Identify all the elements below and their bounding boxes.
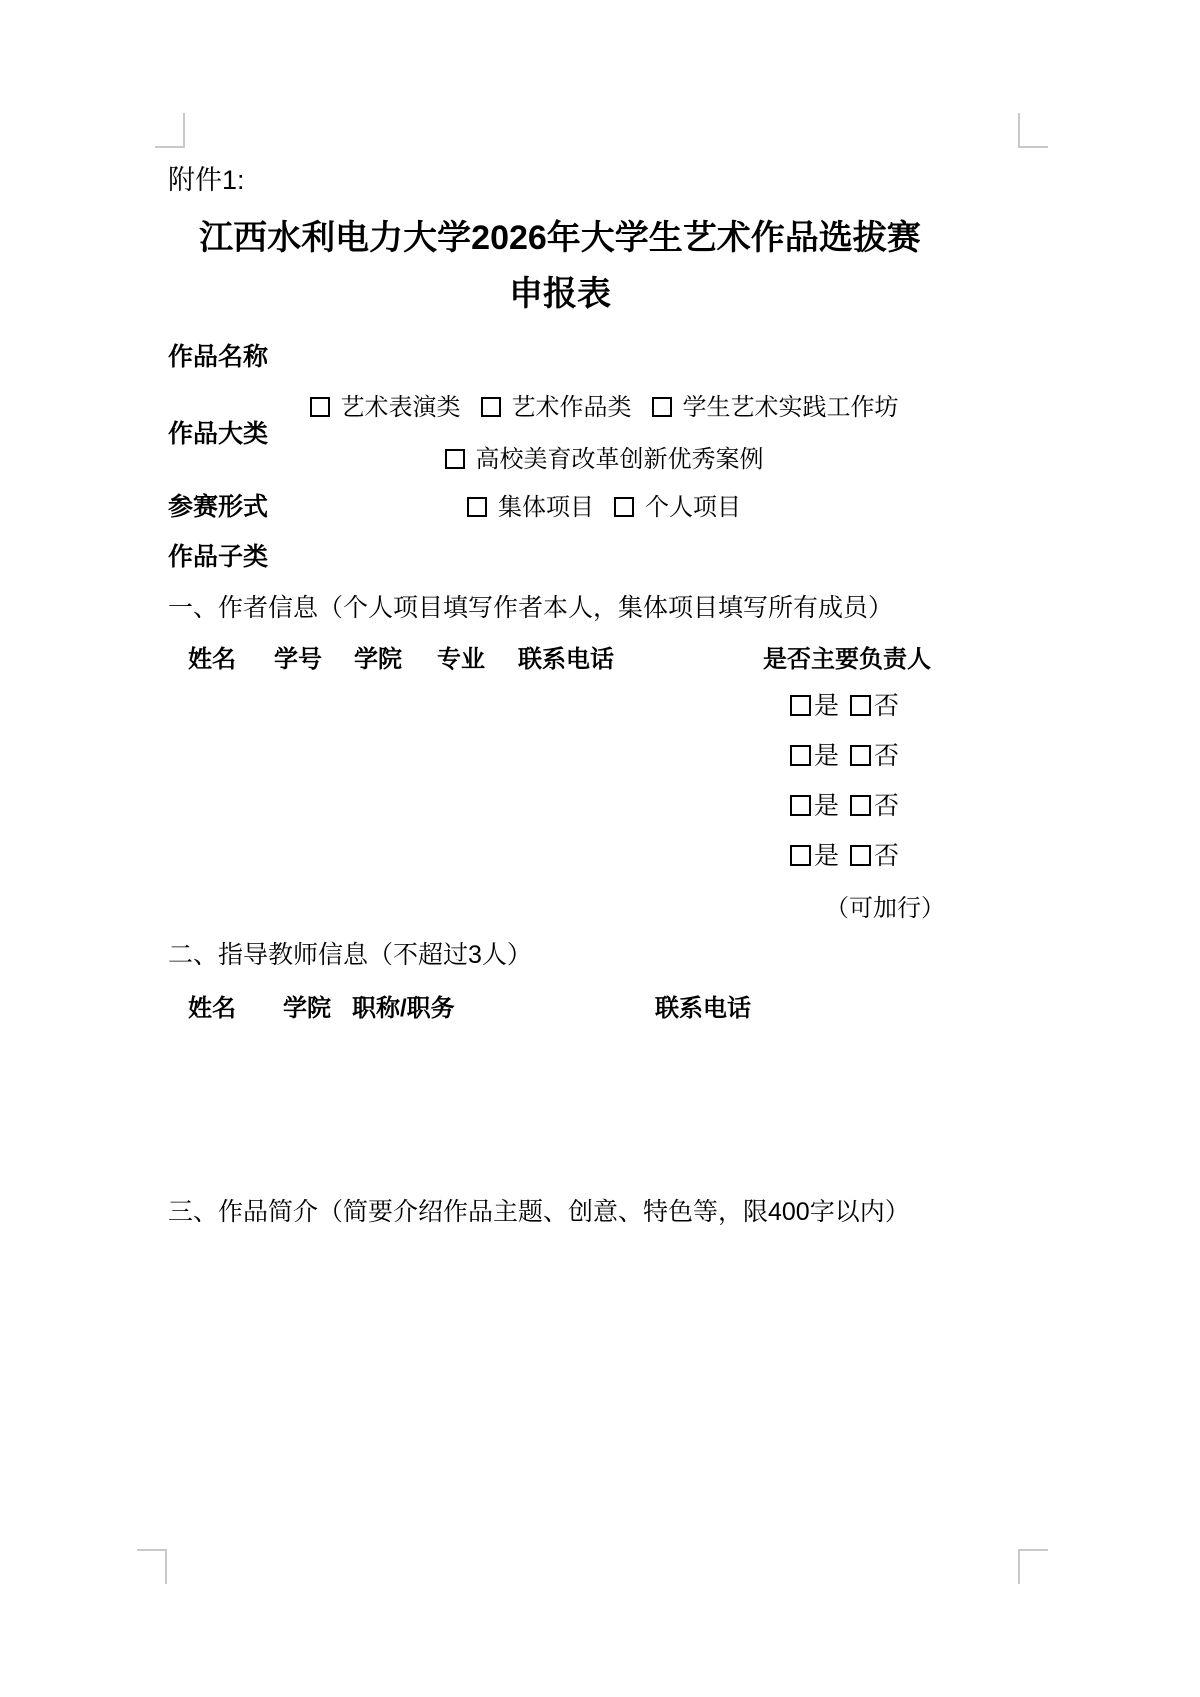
checkbox-icon[interactable] [445,449,465,469]
checkbox-icon[interactable] [467,497,487,517]
author-row2-leader-choice: 是否 [790,736,910,772]
checkbox-icon[interactable] [310,397,330,417]
category-option-label: 艺术表演类 [341,394,461,421]
entry-form-label: 参赛形式 [168,487,268,523]
yes-label: 是 [814,742,839,770]
checkbox-icon[interactable] [790,695,811,716]
attachment-label: 附件1: [168,158,245,197]
authors-header-phone: 联系电话 [518,639,614,674]
checkbox-icon[interactable] [850,845,871,866]
rows-may-be-added-note: （可加行） [800,888,945,923]
no-choice: 否 [850,842,899,870]
no-label: 否 [874,792,899,820]
no-label: 否 [874,692,899,720]
author-row1-leader-choice: 是否 [790,686,910,722]
yes-choice: 是 [790,742,839,770]
category-label: 作品大类 [168,414,268,450]
intro-section-heading: 三、作品简介（简要介绍作品主题、创意、特色等，限400字以内） [168,1192,910,1228]
entry-form-option-group: 集体项目 [467,494,594,521]
yes-choice: 是 [790,792,839,820]
authors-section-heading: 一、作者信息（个人项目填写作者本人，集体项目填写所有成员） [168,588,893,624]
yes-label: 是 [814,792,839,820]
category-option-label: 高校美育改革创新优秀案例 [476,446,764,473]
category-options-row2: 高校美育改革创新优秀案例 [270,439,938,474]
checkbox-icon[interactable] [850,795,871,816]
category-option-artwork: 艺术作品类 [481,394,632,421]
checkbox-icon[interactable] [481,397,501,417]
yes-label: 是 [814,842,839,870]
category-options-row1: 艺术表演类艺术作品类学生艺术实践工作坊 [270,387,938,422]
yes-choice: 是 [790,692,839,720]
checkbox-icon[interactable] [652,397,672,417]
crop-mark-top-right-icon [1018,113,1048,148]
entry-form-option-label: 集体项目 [498,494,594,521]
checkbox-icon[interactable] [850,695,871,716]
entry-form-options: 集体项目个人项目 [270,487,938,522]
no-choice: 否 [850,792,899,820]
yes-label: 是 [814,692,839,720]
no-choice: 否 [850,742,899,770]
crop-mark-bottom-right-icon [1018,1549,1048,1584]
no-choice: 否 [850,692,899,720]
teachers-header-phone: 联系电话 [655,988,751,1023]
author-row3-leader-choice: 是否 [790,786,910,822]
yes-choice: 是 [790,842,839,870]
teachers-header-name: 姓名 [188,988,236,1023]
crop-mark-top-left-icon [155,113,185,148]
authors-header-major: 专业 [437,639,485,674]
authors-header-name: 姓名 [188,639,236,674]
category-option-aesthetic-case: 高校美育改革创新优秀案例 [445,446,764,473]
document-title-line1: 江西水利电力大学2026年大学生艺术作品选拔赛 [150,210,970,259]
authors-header-is-leader: 是否主要负责人 [763,639,931,674]
category-option-label: 艺术作品类 [512,394,632,421]
no-label: 否 [874,842,899,870]
work-name-label: 作品名称 [168,337,268,373]
category-option-workshop: 学生艺术实践工作坊 [652,394,899,421]
subcategory-label: 作品子类 [168,537,268,573]
entry-form-option-label: 个人项目 [645,494,741,521]
checkbox-icon[interactable] [850,745,871,766]
category-option-performance: 艺术表演类 [310,394,461,421]
author-row4-leader-choice: 是否 [790,836,910,872]
checkbox-icon[interactable] [790,745,811,766]
checkbox-icon[interactable] [614,497,634,517]
authors-header-student-id: 学号 [274,639,322,674]
checkbox-icon[interactable] [790,795,811,816]
teachers-header-title-position: 职称/职务 [352,988,455,1023]
application-form-page: 附件1: 江西水利电力大学2026年大学生艺术作品选拔赛 申报表 作品名称 作品… [0,0,1200,1697]
category-option-label: 学生艺术实践工作坊 [683,394,899,421]
checkbox-icon[interactable] [790,845,811,866]
crop-mark-bottom-left-icon [137,1549,167,1584]
teachers-header-college: 学院 [283,988,331,1023]
teachers-section-heading: 二、指导教师信息（不超过3人） [168,935,532,971]
entry-form-option-individual: 个人项目 [614,494,741,521]
no-label: 否 [874,742,899,770]
authors-header-college: 学院 [354,639,402,674]
document-title-line2: 申报表 [150,266,970,315]
